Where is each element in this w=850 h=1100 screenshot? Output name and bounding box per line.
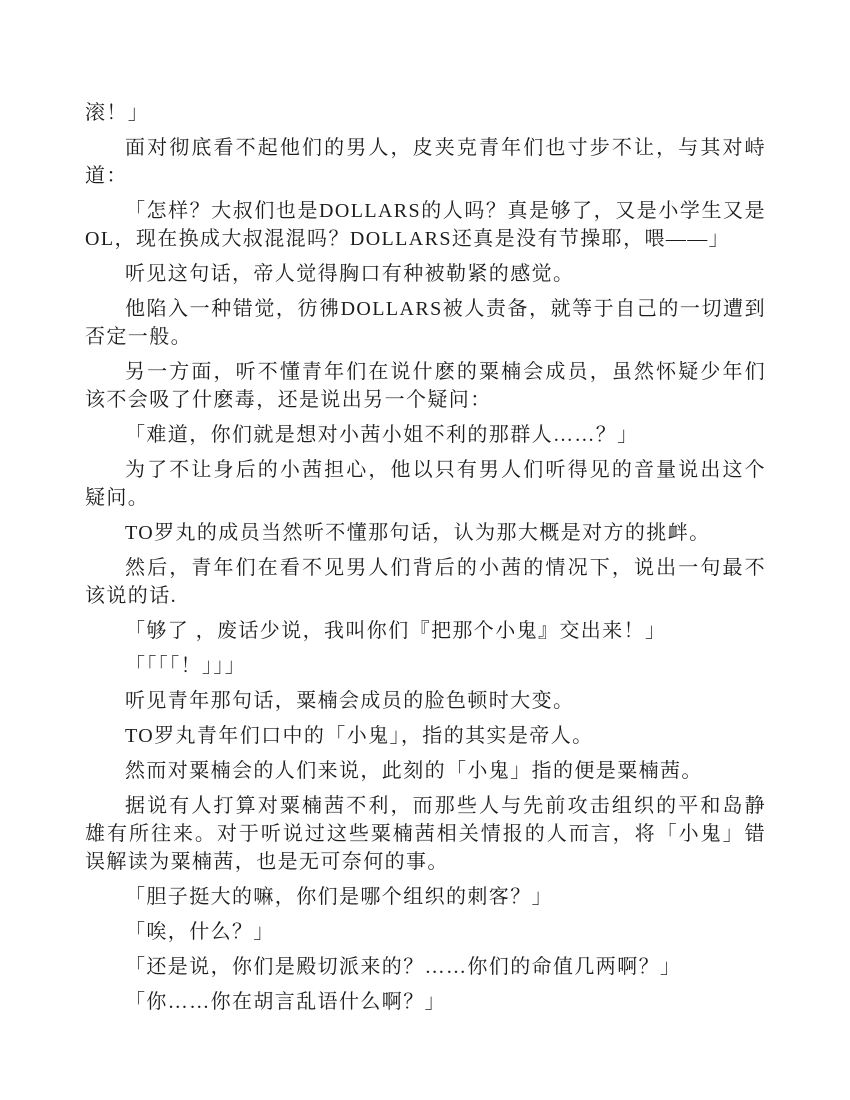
- paragraph: 「「「「！」」」: [85, 652, 766, 680]
- paragraph: 「还是说，你们是殿切派来的？……你们的命值几两啊？」: [85, 953, 766, 981]
- paragraph: 为了不让身后的小茜担心，他以只有男人们听得见的音量说出这个疑问。: [85, 456, 766, 512]
- paragraph: 滚！」: [85, 99, 766, 127]
- paragraph: 听见青年那句话，粟楠会成员的脸色顿时大变。: [85, 687, 766, 715]
- paragraph: 「难道，你们就是想对小茜小姐不利的那群人……？」: [85, 421, 766, 449]
- paragraph: 另一方面，听不懂青年们在说什麽的粟楠会成员，虽然怀疑少年们该不会吸了什麽毒，还是…: [85, 358, 766, 414]
- paragraph: 面对彻底看不起他们的男人，皮夹克青年们也寸步不让，与其对峙道：: [85, 134, 766, 190]
- paragraph: TO罗丸的成员当然听不懂那句话，认为那大概是对方的挑衅。: [85, 519, 766, 547]
- paragraph: 「唉，什么？」: [85, 918, 766, 946]
- paragraph: 据说有人打算对粟楠茜不利，而那些人与先前攻击组织的平和岛静雄有所往来。对于听说过…: [85, 792, 766, 876]
- paragraph: 「怎样？大叔们也是DOLLARS的人吗？真是够了，又是小学生又是OL，现在换成大…: [85, 197, 766, 253]
- paragraph: 听见这句话，帝人觉得胸口有种被勒紧的感觉。: [85, 260, 766, 288]
- paragraph: 「胆子挺大的嘛，你们是哪个组织的刺客？」: [85, 883, 766, 911]
- paragraph: 然而对粟楠会的人们来说，此刻的「小鬼」指的便是粟楠茜。: [85, 757, 766, 785]
- paragraph: 「你……你在胡言乱语什么啊？」: [85, 988, 766, 1016]
- paragraph: 他陷入一种错觉，彷彿DOLLARS被人责备，就等于自己的一切遭到否定一般。: [85, 295, 766, 351]
- paragraph: 「够了 ，废话少说，我叫你们『把那个小鬼』交出来！」: [85, 617, 766, 645]
- paragraph: TO罗丸青年们口中的「小鬼」，指的其实是帝人。: [85, 722, 766, 750]
- document-page: 滚！」 面对彻底看不起他们的男人，皮夹克青年们也寸步不让，与其对峙道： 「怎样？…: [0, 0, 850, 1100]
- paragraph: 然后，青年们在看不见男人们背后的小茜的情况下，说出一句最不该说的话.: [85, 554, 766, 610]
